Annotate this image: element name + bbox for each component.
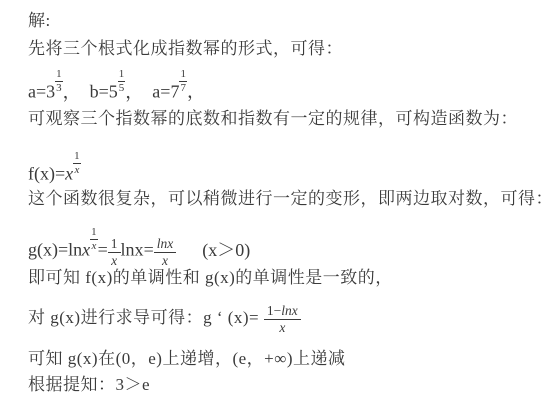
step6-text: 根据提知：3＞e: [28, 375, 150, 394]
g-exponent: 1x: [90, 226, 98, 252]
derivative-lead: 对 g(x)进行求导可得：g ‘ (x)=: [28, 308, 264, 327]
step1-text: 先将三个根式化成指数幂的形式，可得：: [28, 39, 343, 58]
radical-a1-exponent: 13: [55, 68, 63, 94]
f-exponent: 1x: [73, 150, 81, 176]
radical-a2-exponent: 17: [179, 68, 187, 94]
math-solution-document: 解: 先将三个根式化成指数幂的形式，可得： a=313，b=515，a=717，…: [0, 0, 552, 399]
step4-text: 即可知 f(x)的单调性和 g(x)的单调性是一致的，: [28, 268, 393, 287]
step3-transform: 这个函数很复杂，可以稍微进行一定的变形，即两边取对数，可得：: [28, 184, 552, 209]
step6-conclusion: 根据提知：3＞e: [28, 370, 150, 395]
trailing-comma: ，: [187, 82, 205, 102]
step3-text: 这个函数很复杂，可以稍微进行一定的变形，即两边取对数，可得：: [28, 189, 552, 208]
step1-intro: 先将三个根式化成指数幂的形式，可得：: [28, 34, 343, 59]
radical-b-base: b=5: [90, 82, 118, 102]
step2-observation: 可观察三个指数幂的底数和指数有一定的规律，可构造函数为：: [28, 104, 518, 129]
formula-radicals: a=313，b=515，a=717，: [28, 68, 205, 104]
equals-sign: =: [98, 240, 108, 260]
radical-a2-base: a=7: [152, 82, 179, 102]
radical-a1-base: a=3: [28, 82, 55, 102]
separator-comma: ，: [63, 82, 81, 102]
derivative-fraction: 1−lnxx: [264, 303, 301, 335]
g-lead: g(x)=ln: [28, 240, 82, 260]
formula-derivative: 对 g(x)进行求导可得：g ‘ (x)= 1−lnxx: [28, 303, 301, 336]
deriv-num-pre: 1−: [267, 303, 281, 318]
deriv-den-x: x: [264, 320, 301, 336]
step2-text: 可观察三个指数幂的底数和指数有一定的规律，可构造函数为：: [28, 109, 518, 128]
step4-monotonicity: 即可知 f(x)的单调性和 g(x)的单调性是一致的，: [28, 263, 393, 288]
g-domain: (x＞0): [202, 240, 250, 260]
deriv-num-lnx: lnx: [281, 303, 298, 318]
f-base-x: x: [65, 164, 73, 184]
separator-comma: ，: [125, 82, 143, 102]
formula-f: f(x)=x1x: [28, 150, 81, 185]
solution-heading: 解:: [28, 6, 51, 31]
g-base-x: x: [82, 240, 90, 260]
step5-text: 可知 g(x)在(0，e)上递增，(e，+∞)上递减: [28, 349, 346, 368]
step5-increasing-decreasing: 可知 g(x)在(0，e)上递增，(e，+∞)上递减: [28, 344, 346, 369]
g-mid-lnx: lnx: [121, 240, 144, 260]
heading-text: 解:: [28, 11, 51, 30]
equals-sign: =: [144, 240, 154, 260]
f-lead: f(x)=: [28, 164, 65, 184]
formula-g: g(x)=lnx1x=1xlnx=lnxx(x＞0): [28, 226, 250, 268]
